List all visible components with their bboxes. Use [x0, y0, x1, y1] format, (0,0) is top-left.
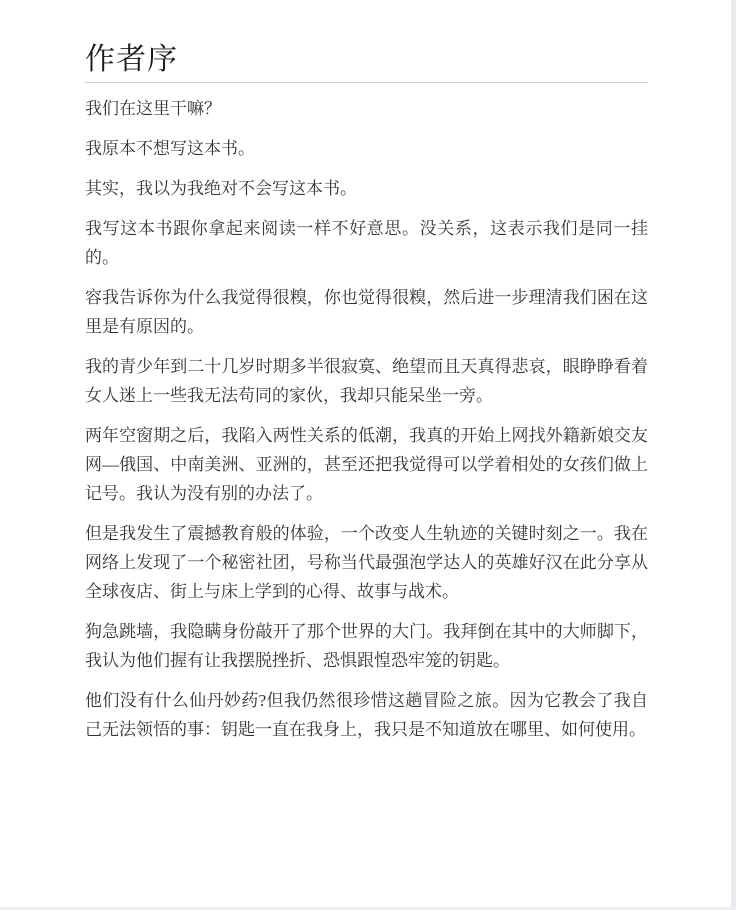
chapter-title: 作者序: [85, 42, 648, 83]
paragraph: 他们没有什么仙丹妙药?但我仍然很珍惜这趟冒险之旅。因为它教会了我自己无法领悟的事…: [85, 686, 648, 744]
paragraph: 我的青少年到二十几岁时期多半很寂寞、绝望而且天真得悲哀，眼睁睁看着女人迷上一些我…: [85, 352, 648, 410]
paragraph: 我们在这里干嘛？: [85, 94, 648, 123]
right-scrollbar-track[interactable]: [731, 0, 736, 910]
paragraph: 容我告诉你为什么我觉得很糗，你也觉得很糗，然后进一步理清我们困在这里是有原因的。: [85, 283, 648, 341]
paragraph: 其实，我以为我绝对不会写这本书。: [85, 174, 648, 203]
paragraph: 狗急跳墙，我隐瞒身份敲开了那个世界的大门。我拜倒在其中的大师脚下，我认为他们握有…: [85, 617, 648, 675]
chapter-body: 我们在这里干嘛？ 我原本不想写这本书。 其实，我以为我绝对不会写这本书。 我写这…: [85, 94, 648, 744]
paragraph: 我原本不想写这本书。: [85, 134, 648, 163]
paragraph: 两年空窗期之后，我陷入两性关系的低潮，我真的开始上网找外籍新娘交友网—俄国、中南…: [85, 421, 648, 508]
paragraph: 我写这本书跟你拿起来阅读一样不好意思。没关系，这表示我们是同一挂的。: [85, 214, 648, 272]
book-page: 作者序 我们在这里干嘛？ 我原本不想写这本书。 其实，我以为我绝对不会写这本书。…: [85, 42, 648, 755]
paragraph: 但是我发生了震撼教育般的体验，一个改变人生轨迹的关键时刻之一。我在网络上发现了一…: [85, 519, 648, 606]
